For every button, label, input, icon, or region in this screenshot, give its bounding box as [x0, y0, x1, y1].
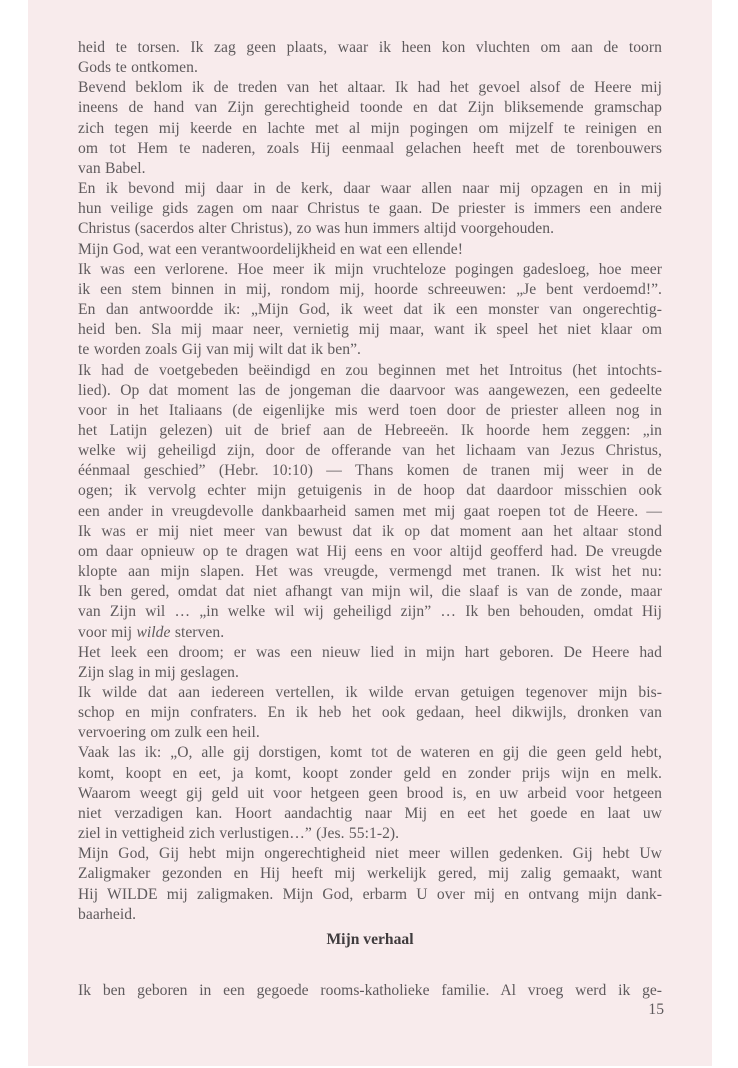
text-line: heid ben. Sla mij maar neer, vernietig m… [78, 320, 662, 340]
text-line: Zaligmaker gezonden en Hij heeft mij wer… [78, 864, 662, 884]
paragraph: Ik had de voetgebeden beëindigd en zou b… [78, 361, 662, 643]
text-line: baarheid. [78, 905, 662, 925]
paragraph: Vaak las ik: „O, alle gij dorstigen, kom… [78, 743, 662, 844]
paragraph: heid te torsen. Ik zag geen plaats, waar… [78, 38, 662, 78]
text-line: Gods te ontkomen. [78, 58, 662, 78]
text-line: niet verzadigen kan. Hoort aandachtig na… [78, 804, 662, 824]
page-number: 15 [648, 1001, 664, 1019]
text-line: schop en mijn confraters. En ik heb het … [78, 703, 662, 723]
text-line: om tot Hem te naderen, zoals Hij eenmaal… [78, 139, 662, 159]
text-line: het Latijn gelezen) uit de brief aan de … [78, 421, 662, 441]
text-line: Hij WILDE mij zaligmaken. Mijn God, erba… [78, 885, 662, 905]
text-line: ziel in vettigheid zich verlustigen…” (J… [78, 824, 662, 844]
paragraph: Mijn God, Gij hebt mijn ongerechtigheid … [78, 844, 662, 925]
text-line: Mijn God, Gij hebt mijn ongerechtigheid … [78, 844, 662, 864]
text-line: Christus (sacerdos alter Christus), zo w… [78, 219, 662, 239]
paragraph: Het leek een droom; er was een nieuw lie… [78, 643, 662, 683]
text-line: vervoering om zulk een heil. [78, 723, 662, 743]
emphasized-word: wilde [136, 624, 170, 641]
text-line: zich tegen mij keerde en lachte met al m… [78, 119, 662, 139]
text-fragment: voor mij [78, 624, 136, 641]
text-line: voor in het Italiaans (de eigenlijke mis… [78, 401, 662, 421]
text-line: komt, koopt en eet, ja komt, koopt zonde… [78, 764, 662, 784]
text-line: voor mij wilde sterven. [78, 623, 662, 643]
book-page: heid te torsen. Ik zag geen plaats, waar… [28, 0, 712, 1066]
text-line: om daar opnieuw op te dragen wat Hij een… [78, 542, 662, 562]
text-line: éénmaal geschied” (Hebr. 10:10) — Thans … [78, 461, 662, 481]
text-line: En ik bevond mij daar in de kerk, daar w… [78, 179, 662, 199]
text-line: ogen; ik vervolg echter mijn getuigenis … [78, 481, 662, 501]
text-line: welke wij geheiligd zijn, door de offera… [78, 441, 662, 461]
text-line: een ander in vreugdevolle dankbaarheid s… [78, 502, 662, 522]
paragraph: Mijn God, wat een verantwoordelijkheid e… [78, 240, 662, 260]
text-line: En dan antwoordde ik: „Mijn God, ik weet… [78, 300, 662, 320]
text-line: Ik had de voetgebeden beëindigd en zou b… [78, 361, 662, 381]
text-line: Ik was er mij niet meer van bewust dat i… [78, 522, 662, 542]
text-fragment: sterven. [170, 624, 224, 641]
paragraph: Bevend beklom ik de treden van het altaa… [78, 78, 662, 179]
text-line: Mijn God, wat een verantwoordelijkheid e… [78, 240, 662, 260]
paragraph: En ik bevond mij daar in de kerk, daar w… [78, 179, 662, 239]
text-line: heid te torsen. Ik zag geen plaats, waar… [78, 38, 662, 58]
text-line: Ik ben gered, omdat dat niet afhangt van… [78, 582, 662, 602]
section-heading: Mijn verhaal [28, 931, 712, 949]
text-line: Bevend beklom ik de treden van het altaa… [78, 78, 662, 98]
text-line: lied). Op dat moment las de jongeman die… [78, 381, 662, 401]
text-line: van Babel. [78, 159, 662, 179]
text-line: Zijn slag in mij geslagen. [78, 663, 662, 683]
text-line: hun veilige gids zagen om naar Christus … [78, 199, 662, 219]
text-line: Ik was een verlorene. Hoe meer ik mijn v… [78, 260, 662, 280]
text-line: Waarom weegt gij geld uit voor hetgeen g… [78, 784, 662, 804]
text-line: ik een stem binnen in mij, rondom mij, h… [78, 280, 662, 300]
text-line: te worden zoals Gij van mij wilt dat ik … [78, 340, 662, 360]
text-line: klopte aan mijn slapen. Het was vreugde,… [78, 562, 662, 582]
text-line: van Zijn wil … „in welke wil wij geheili… [78, 602, 662, 622]
paragraph: Ik wilde dat aan iedereen vertellen, ik … [78, 683, 662, 743]
body-text: heid te torsen. Ik zag geen plaats, waar… [78, 38, 662, 925]
text-line: Vaak las ik: „O, alle gij dorstigen, kom… [78, 743, 662, 763]
text-line: Het leek een droom; er was een nieuw lie… [78, 643, 662, 663]
section-first-line: Ik ben geboren in een gegoede rooms-kath… [78, 981, 662, 1001]
text-line: ineens de hand van Zijn gerechtigheid to… [78, 98, 662, 118]
paragraph: Ik was een verlorene. Hoe meer ik mijn v… [78, 260, 662, 361]
text-line: Ik wilde dat aan iedereen vertellen, ik … [78, 683, 662, 703]
